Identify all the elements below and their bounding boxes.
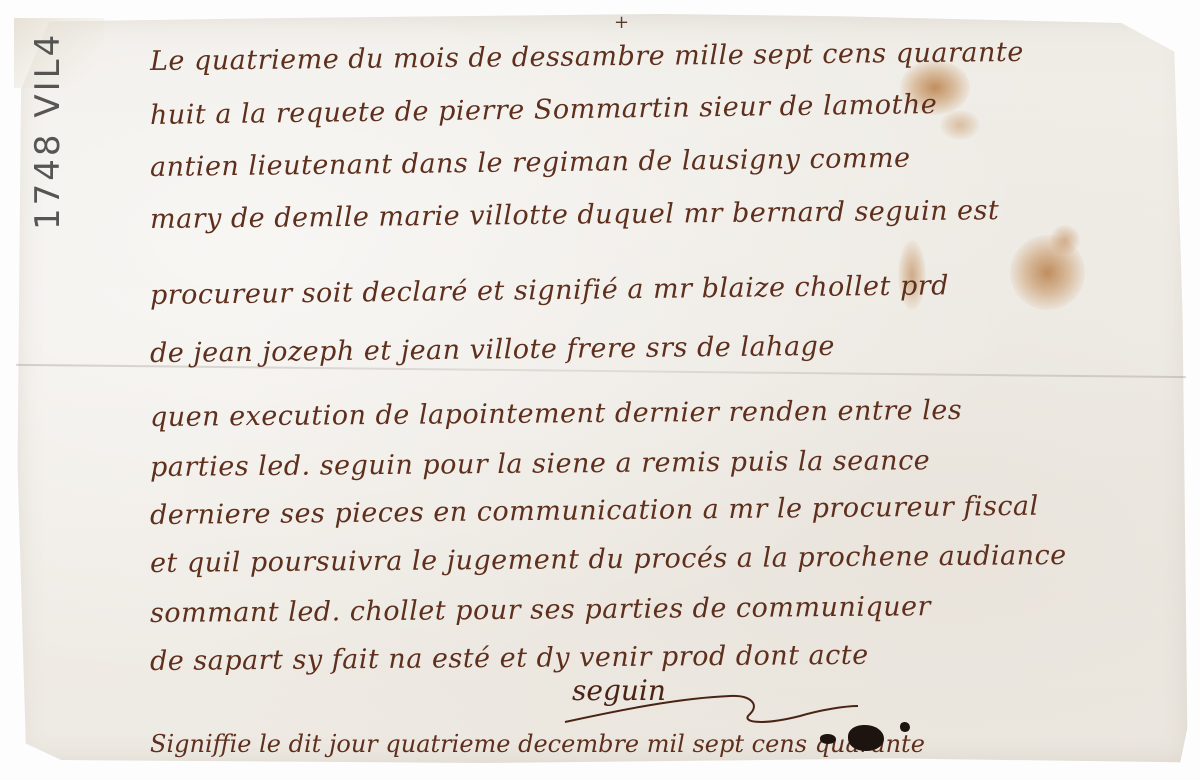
text-line-8: parties led. seguin pour la siene a remi…	[150, 445, 930, 483]
ink-blot	[820, 734, 836, 744]
signature-flourish	[560, 690, 860, 730]
text-line-5: procureur soit declaré et signifié a mr …	[150, 270, 949, 311]
text-line-11: sommant led. chollet pour ses parties de…	[150, 591, 931, 629]
document-scan: + 1748 VIL4 Le quatrieme du mois de dess…	[0, 0, 1200, 780]
handwritten-body: Le quatrieme du mois de dessambre mille …	[0, 0, 1200, 780]
text-line-1: Le quatrieme du mois de dessambre mille …	[150, 37, 1024, 77]
text-line-6: de jean jozeph et jean villote frere srs…	[150, 331, 835, 369]
text-line-4: mary de demlle marie villotte duquel mr …	[150, 195, 1000, 235]
ink-blot	[900, 722, 910, 732]
text-line-12: de sapart sy fait na esté et dy venir pr…	[150, 640, 869, 677]
text-line-7: quen execution de lapointement dernier r…	[150, 395, 962, 433]
text-line-2: huit a la requete de pierre Sommartin si…	[150, 89, 938, 131]
text-line-9: derniere ses pieces en communication a m…	[150, 491, 1039, 531]
closing-line: Signiffie le dit jour quatrieme decembre…	[150, 730, 925, 758]
ink-blot	[848, 725, 884, 751]
text-line-10: et quil poursuivra le jugement du procés…	[150, 540, 1067, 579]
text-line-3: antien lieutenant dans le regiman de lau…	[150, 143, 911, 183]
